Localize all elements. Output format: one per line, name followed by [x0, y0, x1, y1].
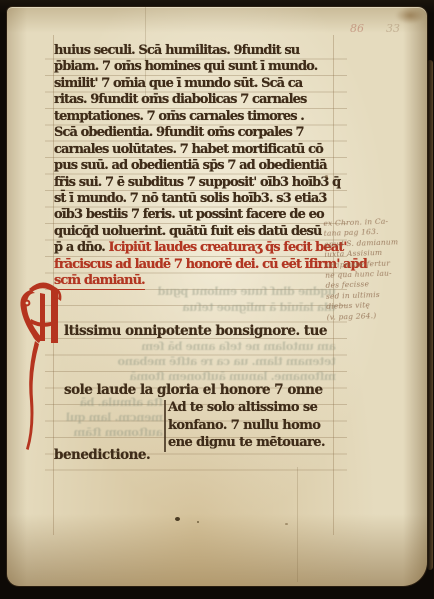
latin-line: Scā obedientia. 9fundit om̄s corpales 7 — [54, 125, 346, 141]
canticle-inset-line: Ad te solo altissimo se — [168, 399, 325, 417]
canticle-inset-block: Ad te solo altissimo se konfano. 7 nullu… — [168, 399, 325, 452]
canticle-inset-line: ene dignu te mētouare. — [168, 434, 325, 452]
folio-mark-red: 86 — [350, 22, 364, 35]
marginal-annotation: ex Chron. in Ca- tana pag 163. apud S. d… — [323, 215, 433, 323]
latin-line: ritas. 9fundit om̄s diabolicas 7 carnale… — [54, 92, 346, 108]
ink-smudge — [395, 7, 425, 24]
canticle-line-benedictione: benedictione. — [54, 447, 150, 463]
ink-speck — [325, 175, 328, 178]
latin-line: oīb3 bestiis 7 feris. ut possint facere … — [54, 207, 346, 223]
latin-line: p̄biam. 7 om̄s homines qui sunt ī mundo. — [54, 59, 346, 75]
latin-line-with-rubric: p̄ a dn̄o. Icipiūt laudes creaturaʒ q̄s … — [54, 240, 346, 256]
ink-speck — [197, 521, 199, 523]
folio-mark-faded: 33 — [386, 22, 400, 35]
scribe-divider-line — [164, 400, 166, 452]
latin-line: huius seculi. Scā humilitas. 9fundit su — [54, 43, 346, 59]
verso-showthrough-upper: uqdne dlnſ ſuue emlonu pgud ula laīuīd ā… — [64, 284, 336, 316]
rubric-incipit: Icipiūt laudes creaturaʒ q̄s fecit beat' — [109, 240, 347, 255]
canticle-line-altissimu: ltissimu onnipotente bonsignore. tue — [64, 323, 327, 339]
verso-showthrough-middle: am untolam ne teſa anne bā ſem tetenam t… — [64, 339, 336, 384]
latin-line: temptationes. 7 om̄s carnales timores . — [54, 109, 346, 125]
ink-speck — [175, 517, 180, 521]
ink-speck — [285, 523, 288, 525]
rubric-line: frāciscus ad laudē 7 honorē dei. cū eēt … — [54, 257, 346, 273]
latin-line: pus suū. ad obedientiā sp̄s 7 ad obedien… — [54, 158, 346, 174]
latin-line: st̄ ī mundo. 7 nō tantū solis hoīb3. s3 … — [54, 191, 346, 207]
verso-showthrough-lower: ſta aſmula. bā mencm. lam qul auſtonom ſ… — [55, 395, 163, 440]
latin-line: similit' 7 om̄ia que ī mundo sūt. Scā ca — [54, 76, 346, 92]
latin-line: fr̄is sui. 7 ē subditus 7 supposit' oīb3… — [54, 175, 346, 191]
latin-text-block: huius seculi. Scā humilitas. 9fundit su … — [54, 43, 346, 290]
canticle-inset-line: konfano. 7 nullu homo — [168, 417, 325, 435]
latin-line: carnales uolūtates. 7 habet mortificatū … — [54, 142, 346, 158]
parchment-crease — [297, 467, 298, 582]
photo-background: 86 33 huius seculi. Scā humilitas. 9fund… — [0, 0, 434, 599]
manuscript-page: 86 33 huius seculi. Scā humilitas. 9fund… — [7, 7, 427, 586]
latin-line: quicq̄d uoluerint. quātū fuit eis datū d… — [54, 224, 346, 240]
